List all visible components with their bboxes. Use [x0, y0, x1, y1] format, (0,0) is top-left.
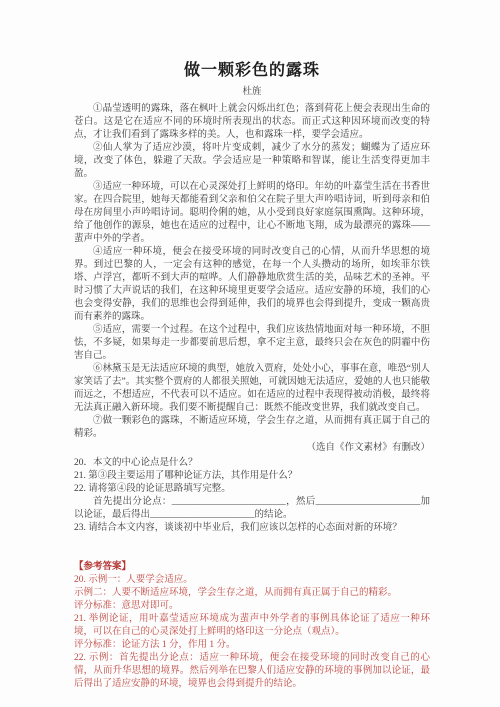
article-paragraph-4: ④适应一种环境，便会在接受环境的同时改变自己的心情，从而升华思想的境界。到过巴黎…	[74, 246, 430, 324]
reference-answers-section: 【参考答案】 20. 示例一：人要学会适应。 示例二：人要不断适应环境，学会生存…	[74, 561, 430, 691]
question-23: 23. 请结合本文内容，谈谈初中毕业后，我们应该以怎样的心态面对新的环境？	[74, 522, 430, 535]
article-paragraph-5: ⑤适应，需要一个过程。在这个过程中，我们应该热情地面对每一种环境，不胆怯，不多疑…	[74, 324, 430, 363]
question-22-fill-in-blanks: 首先提出分论点：________________________，然后_____…	[74, 496, 430, 522]
questions-section: 20．本文的中心论点是什么？ 21. 第③段主要运用了哪种论证方法，其作用是什么…	[74, 457, 430, 535]
document-content: 做一颗彩色的露珠 杜旌 ①晶莹透明的露珠，落在枫叶上就会闪烁出红色；落到荷花上便…	[0, 0, 500, 691]
article-paragraph-2: ②仙人掌为了适应沙漠，将叶片变成刺，减少了水分的蒸发；蝴蝶为了适应环境，改变了体…	[74, 142, 430, 181]
source-attribution: （选自《作文素材》有删改）	[74, 441, 430, 455]
answer-21-scoring-note: 评分标准：论证方法 1 分，作用 1 分。	[74, 639, 430, 652]
question-20: 20．本文的中心论点是什么？	[74, 457, 430, 470]
answer-22: 22. 示例：首先提出分论点：适应一种环境，便会在接受环境的同时改变自己的心情，…	[74, 652, 430, 691]
article-paragraph-6: ⑥林黛玉是无法适应环境的典型，她放入贾府，处处小心，事事在意，唯恐“别人家笑话了…	[74, 363, 430, 415]
document-page: 做一颗彩色的露珠 杜旌 ①晶莹透明的露珠，落在枫叶上就会闪烁出红色；落到荷花上便…	[0, 0, 500, 707]
answer-20-example-1: 20. 示例一：人要学会适应。	[74, 574, 430, 587]
article-paragraph-7: ⑦做一颗彩色的露珠，不断适应环境，学会生存之道，从而拥有真正属于自己的精彩。	[74, 415, 430, 441]
answer-20-scoring-note: 评分标准：意思对即可。	[74, 600, 430, 613]
answer-21: 21. 举例论证，用叶嘉莹适应环境成为蜚声中外学者的事例具体论证了适应一种环境，…	[74, 613, 430, 639]
answer-20-example-2: 示例二：人要不断适应环境，学会生存之道，从而拥有真正属于自己的精彩。	[74, 587, 430, 600]
question-22: 22. 请将第④段的论证思路填写完整。	[74, 483, 430, 496]
article-paragraph-3: ③适应一种环境，可以在心灵深处打上鲜明的烙印。年幼的叶嘉莹生活在书香世家。在四合…	[74, 181, 430, 246]
reference-answers-header: 【参考答案】	[74, 561, 430, 574]
question-21: 21. 第③段主要运用了哪种论证方法，其作用是什么？	[74, 470, 430, 483]
article-paragraph-1: ①晶莹透明的露珠，落在枫叶上就会闪烁出红色；落到荷花上便会表现出生命的苍白。这是…	[74, 103, 430, 142]
article-title: 做一颗彩色的露珠	[74, 60, 430, 82]
article-author: 杜旌	[74, 85, 430, 99]
